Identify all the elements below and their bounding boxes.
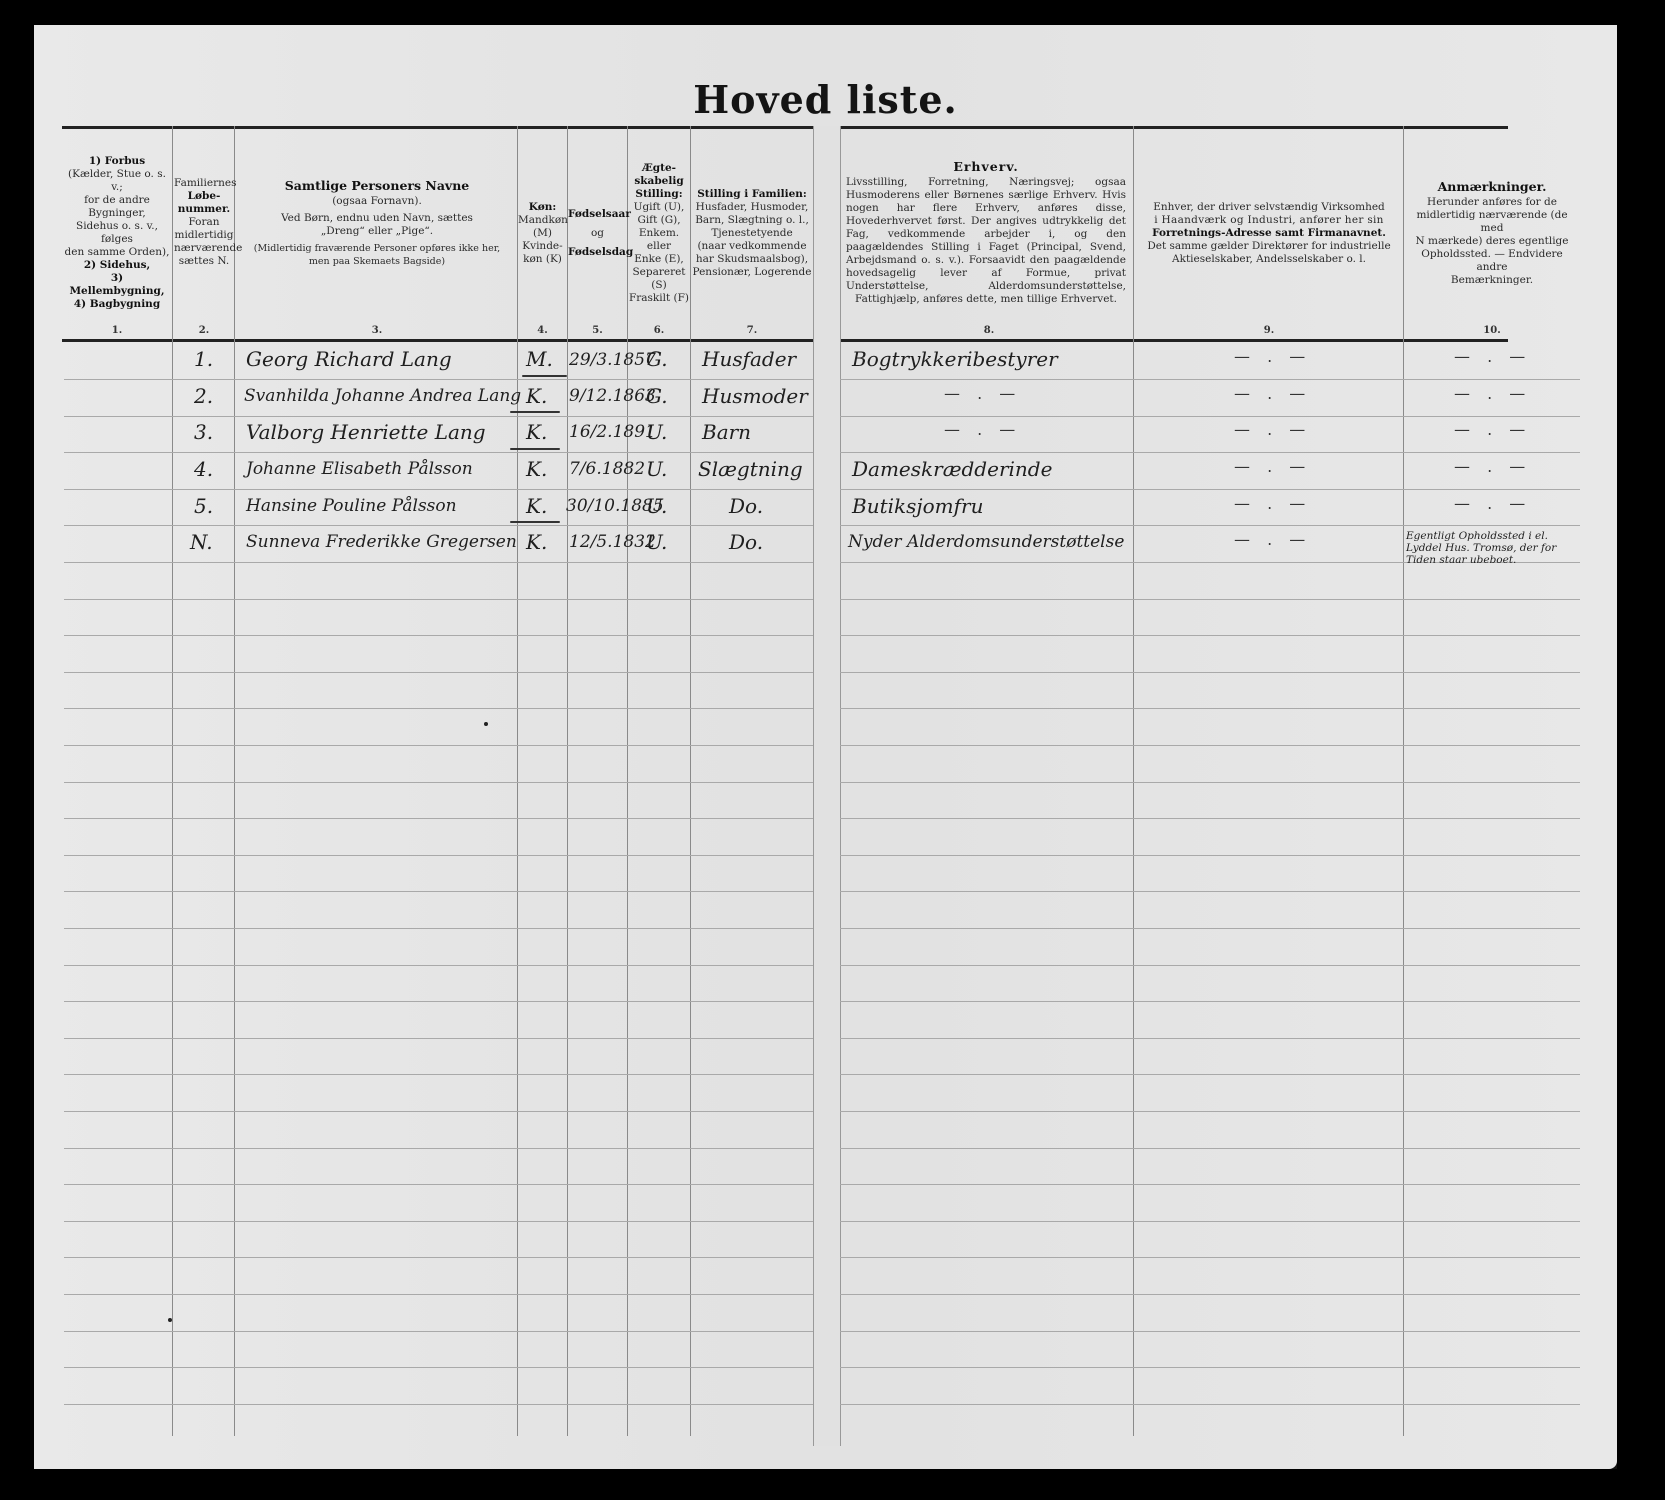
row-rule xyxy=(840,745,1580,746)
occupation: Dameskrædderinde xyxy=(852,457,1052,481)
row-rule xyxy=(64,1257,813,1258)
row-rule xyxy=(64,1294,813,1295)
row-rule xyxy=(64,562,813,563)
row-rule xyxy=(64,708,813,709)
person-name: Johanne Elisabeth Pålsson xyxy=(246,459,473,479)
row-rule xyxy=(64,1367,813,1368)
row-rule xyxy=(840,1221,1580,1222)
header-col-6: Ægte-skabelig Stilling: Ugift (U), Gift … xyxy=(628,129,690,337)
column-number: 6. xyxy=(628,325,690,336)
row-number: 4. xyxy=(194,457,213,481)
row-rule xyxy=(840,452,1580,453)
row-rule xyxy=(64,1184,813,1185)
sex: K. xyxy=(526,530,547,554)
row-rule xyxy=(64,1404,813,1405)
census-form-page: Hoved liste. 1) Forbus (Kælder, Stue o. … xyxy=(34,25,1617,1469)
row-rule xyxy=(64,1001,813,1002)
row-rule xyxy=(64,745,813,746)
ink-speck xyxy=(484,722,488,726)
row-rule xyxy=(64,891,813,892)
person-name: Hansine Pouline Pålsson xyxy=(246,496,457,516)
row-number: 2. xyxy=(194,384,213,408)
row-rule xyxy=(840,525,1580,526)
family-role: Slægtning xyxy=(698,457,803,481)
family-role: Do. xyxy=(729,494,763,518)
birth-date: 9/12.1863 xyxy=(569,386,656,406)
business-ditto: — . — xyxy=(1234,347,1311,366)
business-ditto: — . — xyxy=(1234,494,1311,513)
row-rule xyxy=(64,525,813,526)
column-number: 10. xyxy=(1406,325,1578,336)
occupation-ditto: — . — xyxy=(944,420,1021,439)
row-rule xyxy=(840,965,1580,966)
column-number: 7. xyxy=(691,325,813,336)
remarks-ditto: — . — xyxy=(1454,384,1531,403)
birth-date: 12/5.1832 xyxy=(569,532,656,552)
header-col-10: Anmærkninger. Herunder anføres for de mi… xyxy=(1406,129,1578,337)
sex: K. xyxy=(526,494,547,518)
business-ditto: — . — xyxy=(1234,384,1311,403)
birth-date: 29/3.1857 xyxy=(569,350,656,370)
underline-mark xyxy=(522,375,567,377)
column-divider xyxy=(1133,126,1134,1436)
header-col-9: Enhver, der driver selvstændig Virksomhe… xyxy=(1136,129,1402,337)
person-name: Svanhilda Johanne Andrea Lang xyxy=(244,386,521,406)
marital-status: U. xyxy=(646,457,667,481)
row-rule xyxy=(64,928,813,929)
row-rule xyxy=(840,1111,1580,1112)
person-name: Georg Richard Lang xyxy=(246,347,452,371)
business-ditto: — . — xyxy=(1234,457,1311,476)
occupation-ditto: — . — xyxy=(944,384,1021,403)
row-rule xyxy=(840,599,1580,600)
row-rule xyxy=(840,1294,1580,1295)
row-rule xyxy=(840,1001,1580,1002)
marital-status: G. xyxy=(646,384,668,408)
column-number: 4. xyxy=(518,325,567,336)
row-rule xyxy=(840,928,1580,929)
header-col-7: Stilling i Familien: Husfader, Husmoder,… xyxy=(691,129,813,337)
row-number: 1. xyxy=(194,347,213,371)
row-rule xyxy=(64,416,813,417)
family-role: Do. xyxy=(729,530,763,554)
row-rule xyxy=(64,379,813,380)
row-number: 3. xyxy=(194,420,213,444)
header-col-1: 1) Forbus (Kælder, Stue o. s. v.; for de… xyxy=(64,129,170,337)
column-number: 2. xyxy=(174,325,234,336)
person-name: Valborg Henriette Lang xyxy=(246,420,486,444)
row-rule xyxy=(840,1074,1580,1075)
row-rule xyxy=(64,1111,813,1112)
row-rule xyxy=(840,1257,1580,1258)
header-bottom-rule xyxy=(62,339,1508,342)
row-rule xyxy=(840,489,1580,490)
row-rule xyxy=(64,1074,813,1075)
occupation: Bogtrykkeribestyrer xyxy=(852,347,1058,371)
marital-status: U. xyxy=(646,420,667,444)
row-rule xyxy=(64,489,813,490)
row-rule xyxy=(840,1184,1580,1185)
row-rule xyxy=(64,635,813,636)
row-rule xyxy=(840,1331,1580,1332)
row-number-temporary: N. xyxy=(190,530,213,554)
header-col-2: Familiernes Løbe- nummer. Foran midlerti… xyxy=(174,129,234,337)
sex: K. xyxy=(526,457,547,481)
row-rule xyxy=(64,782,813,783)
ink-speck xyxy=(168,1318,172,1322)
row-rule xyxy=(840,1367,1580,1368)
business-ditto: — . — xyxy=(1234,530,1311,549)
column-number: 8. xyxy=(846,325,1132,336)
sex: K. xyxy=(526,384,547,408)
person-name: Sunneva Frederikke Gregersen xyxy=(246,532,517,552)
header-col-4: Køn: Mandkøn (M) Kvinde- køn (K) xyxy=(518,129,567,337)
column-divider xyxy=(1403,126,1404,1436)
remarks-ditto: — . — xyxy=(1454,457,1531,476)
column-number: 3. xyxy=(238,325,516,336)
form-title: Hoved liste. xyxy=(34,77,1617,122)
row-rule xyxy=(840,1038,1580,1039)
remarks-ditto: — . — xyxy=(1454,420,1531,439)
underline-mark xyxy=(510,521,560,523)
header-col-3: Samtlige Personers Navne (ogsaa Fornavn)… xyxy=(238,129,516,337)
remarks-ditto: — . — xyxy=(1454,347,1531,366)
row-rule xyxy=(64,1221,813,1222)
row-rule xyxy=(64,1038,813,1039)
header-col-8: Erhverv. Livsstilling, Forretning, Nærin… xyxy=(846,129,1126,337)
birth-date: 7/6.1882 xyxy=(569,459,645,479)
family-role: Barn xyxy=(702,420,751,444)
row-rule xyxy=(64,965,813,966)
remarks-note: Egentligt Opholdssted i el. Lyddel Hus. … xyxy=(1406,530,1581,566)
row-rule xyxy=(64,818,813,819)
underline-mark xyxy=(510,448,560,450)
remarks-ditto: — . — xyxy=(1454,494,1531,513)
row-rule xyxy=(840,708,1580,709)
occupation: Butiksjomfru xyxy=(852,494,983,518)
row-rule xyxy=(840,782,1580,783)
row-rule xyxy=(840,855,1580,856)
row-rule xyxy=(64,1331,813,1332)
row-rule xyxy=(840,379,1580,380)
row-rule xyxy=(840,891,1580,892)
column-number: 5. xyxy=(568,325,627,336)
column-number: 9. xyxy=(1136,325,1402,336)
business-ditto: — . — xyxy=(1234,420,1311,439)
family-role: Husfader xyxy=(702,347,796,371)
center-fold xyxy=(813,126,841,1446)
row-rule xyxy=(840,635,1580,636)
row-rule xyxy=(64,599,813,600)
row-rule xyxy=(64,855,813,856)
family-role: Husmoder xyxy=(702,384,808,408)
row-number: 5. xyxy=(194,494,213,518)
row-rule xyxy=(64,452,813,453)
marital-status: G. xyxy=(646,347,668,371)
row-rule xyxy=(840,1404,1580,1405)
row-rule xyxy=(840,416,1580,417)
row-rule xyxy=(64,1148,813,1149)
row-rule xyxy=(840,818,1580,819)
column-divider xyxy=(172,126,173,1436)
marital-status: U. xyxy=(646,494,667,518)
birth-date: 16/2.1891 xyxy=(569,422,656,442)
marital-status: U. xyxy=(646,530,667,554)
underline-mark xyxy=(510,411,560,413)
sex: M. xyxy=(526,347,553,371)
row-rule xyxy=(64,672,813,673)
column-number: 1. xyxy=(64,325,170,336)
occupation: Nyder Alderdomsunderstøttelse xyxy=(848,532,1124,552)
row-rule xyxy=(840,1148,1580,1149)
sex: K. xyxy=(526,420,547,444)
row-rule xyxy=(840,672,1580,673)
header-col-5: Fødselsaar og Fødselsdag xyxy=(568,129,627,337)
column-divider xyxy=(234,126,235,1436)
